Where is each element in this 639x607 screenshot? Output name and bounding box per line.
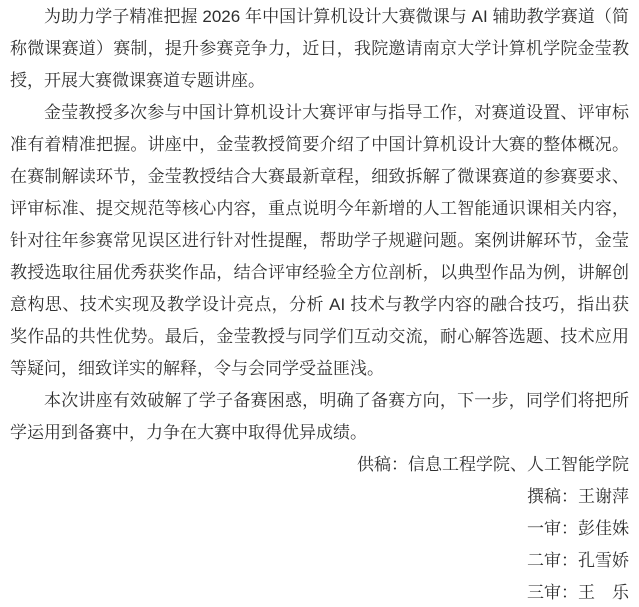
paragraph-lecture-detail: 金莹教授多次参与中国计算机设计大赛评审与指导工作，对赛道设置、评审标准有着精准把…	[10, 97, 629, 385]
signature-block: 供稿：信息工程学院、人工智能学院 撰稿：王谢萍 一审：彭佳姝 二审：孔雪娇 三审…	[10, 449, 629, 607]
document-page: 为助力学子精准把握 2026 年中国计算机设计大赛微课与 AI 辅助教学赛道（简…	[0, 0, 639, 607]
paragraph-intro: 为助力学子精准把握 2026 年中国计算机设计大赛微课与 AI 辅助教学赛道（简…	[10, 1, 629, 97]
signature-second-reviewer: 二审：孔雪娇	[10, 545, 629, 577]
paragraph-conclusion: 本次讲座有效破解了学子备赛困惑，明确了备赛方向，下一步，同学们将把所学运用到备赛…	[10, 385, 629, 449]
signature-first-reviewer: 一审：彭佳姝	[10, 513, 629, 545]
signature-author: 撰稿：王谢萍	[10, 481, 629, 513]
signature-third-reviewer: 三审：王 乐	[10, 577, 629, 607]
signature-contributing-unit: 供稿：信息工程学院、人工智能学院	[10, 449, 629, 481]
